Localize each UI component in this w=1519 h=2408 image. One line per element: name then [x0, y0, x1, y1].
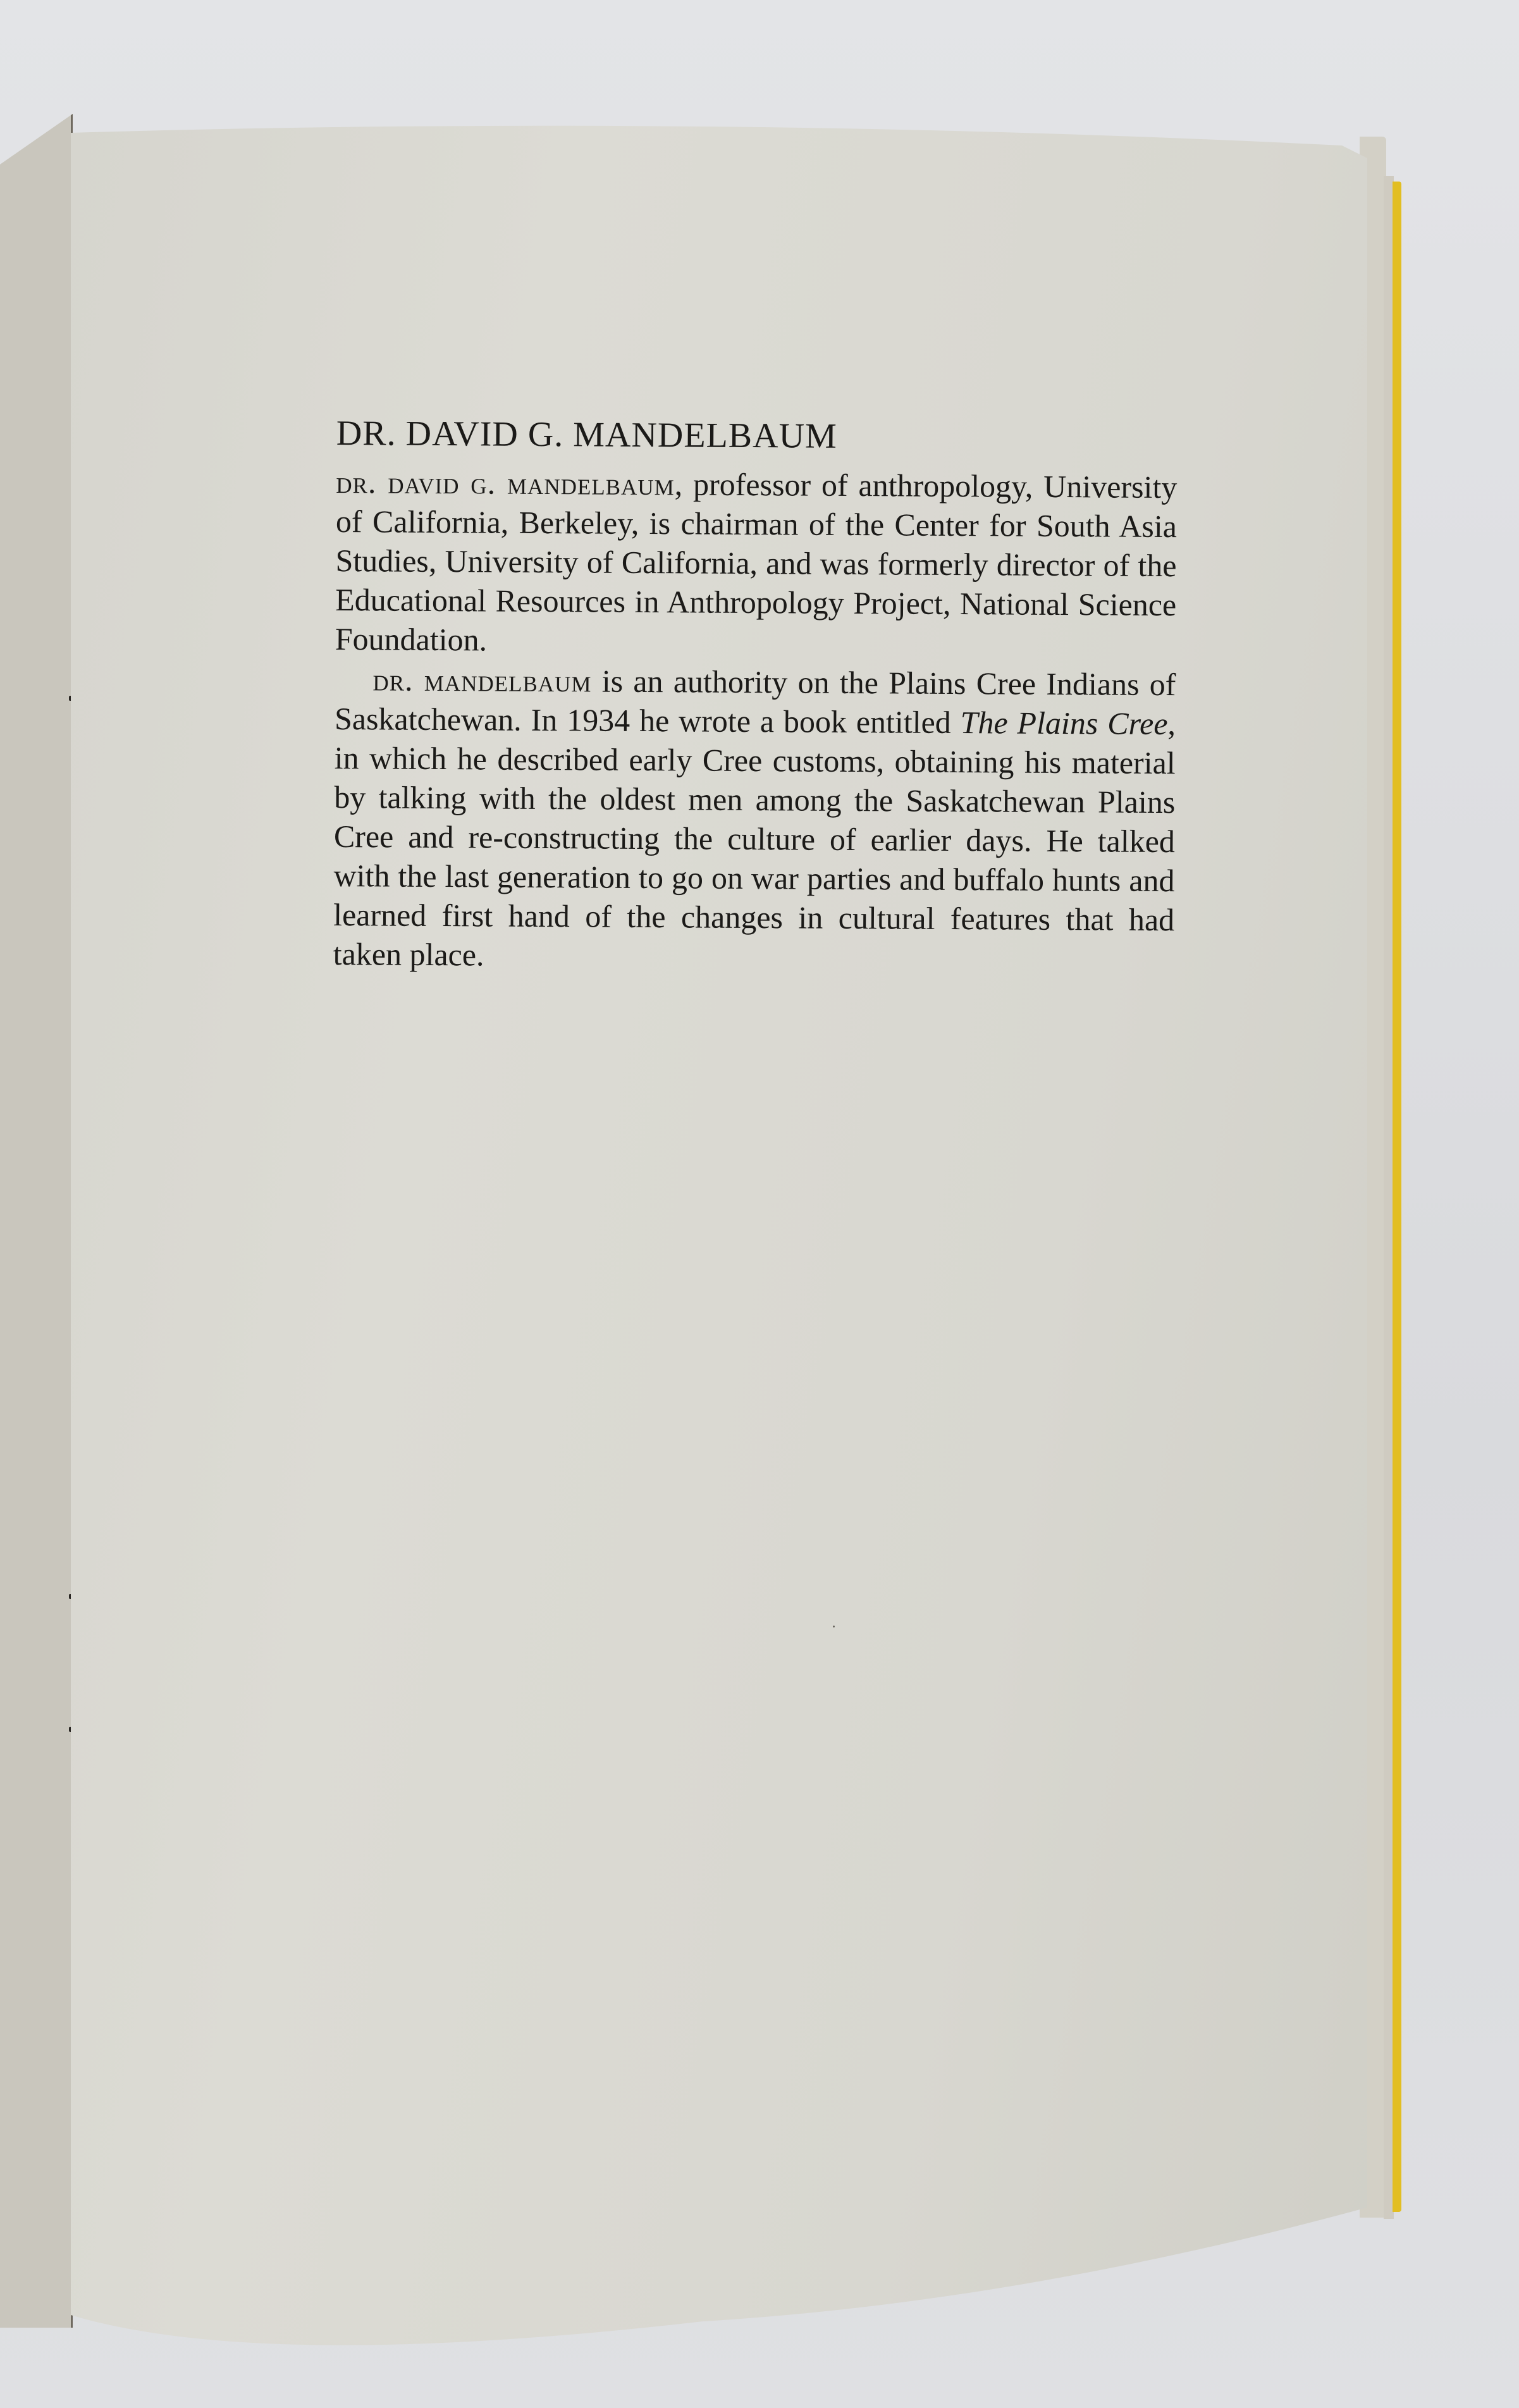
biography-text-block: DR. DAVID G. MANDELBAUM DR. DAVID G. MAN…	[333, 414, 1178, 979]
paragraph-text: , in which he described early Cree custo…	[333, 706, 1176, 972]
name-smallcaps: DR. DAVID G. MANDELBAUM	[336, 464, 675, 502]
paragraph-1: DR. DAVID G. MANDELBAUM, professor of an…	[335, 462, 1178, 664]
book-page: DR. DAVID G. MANDELBAUM DR. DAVID G. MAN…	[71, 120, 1367, 2353]
name-smallcaps: DR. MANDELBAUM	[372, 662, 591, 698]
paper-speck	[833, 1626, 835, 1627]
paragraph-2: DR. MANDELBAUM is an authority on the Pl…	[333, 660, 1176, 979]
book-title: The Plains Cree	[960, 705, 1167, 741]
page-title: DR. DAVID G. MANDELBAUM	[336, 414, 1178, 459]
yellow-cover-edge	[1393, 182, 1401, 2212]
facing-page-left	[0, 114, 73, 2328]
